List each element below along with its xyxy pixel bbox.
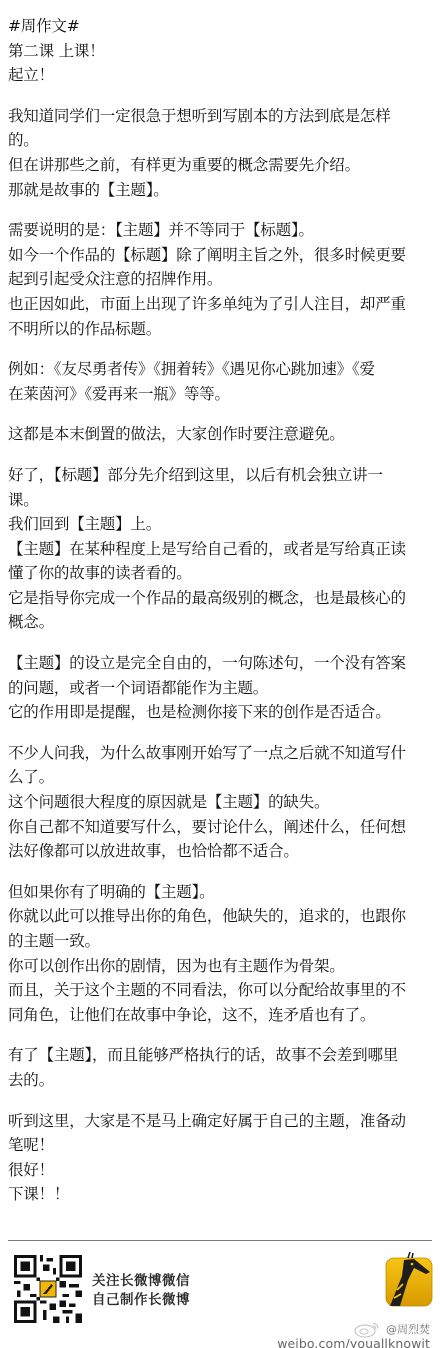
promo-line-1: 关注长微博微信 xyxy=(92,1272,190,1291)
text-line: 那就是故事的【主题】。 xyxy=(8,178,428,203)
text-line: 下课！！ xyxy=(8,1182,428,1207)
text-line: 么了。 xyxy=(8,765,428,790)
text-line: 但如果你有了明确的【主题】。 xyxy=(8,880,428,905)
paragraph: 需要说明的是：【主题】并不等同于【标题】。如今一个作品的【标题】除了阐明主旨之外… xyxy=(8,218,428,341)
text-line: 起立！ xyxy=(8,63,428,88)
text-line: 的问题，或者一个词语都能作为主题。 xyxy=(8,676,428,701)
handle-text: @周烈焚 xyxy=(386,1321,430,1337)
text-line: 第二课 上课！ xyxy=(8,39,428,64)
text-line: 的主题一致。 xyxy=(8,929,428,954)
text-line: 【主题】在某种程度上是写给自己看的，或者是写给真正读 xyxy=(8,537,428,562)
text-line: 而且，关于这个主题的不同看法，你可以分配给故事里的不 xyxy=(8,978,428,1003)
footer: 关注长微博微信 自己制作长微博 @周烈焚 weibo.com/youallkno… xyxy=(0,1236,440,1348)
qr-code-icon xyxy=(14,1255,82,1323)
text-line: 同角色，让他们在故事中争论，这不，连矛盾也有了。 xyxy=(8,1003,428,1028)
text-line: 这都是本末倒置的做法，大家创作时要注意避免。 xyxy=(8,422,428,447)
text-line: 课。 xyxy=(8,488,428,513)
text-line: 起到引起受众注意的招牌作用。 xyxy=(8,267,428,292)
text-line: 我们回到【主题】上。 xyxy=(8,512,428,537)
text-line: 听到这里，大家是不是马上确定好属于自己的主题，准备动 xyxy=(8,1109,428,1134)
paragraph: 例如：《友尽勇者传》《拥着转》《遇见你心跳加速》《爱在莱茵河》《爱再来一瓶》等等… xyxy=(8,357,428,406)
text-line: 你可以创作出你的剧情，因为也有主题作为骨架。 xyxy=(8,954,428,979)
text-line: 你就以此可以推导出你的角色，他缺失的，追求的，也跟你 xyxy=(8,904,428,929)
paragraph: 我知道同学们一定很急于想听到写剧本的方法到底是怎样的。但在讲那些之前，有样更为重… xyxy=(8,104,428,202)
paragraph: 好了，【标题】部分先介绍到这里，以后有机会独立讲一课。我们回到【主题】上。【主题… xyxy=(8,463,428,635)
text-line: 你自己都不知道要写什么，要讨论什么，阐述什么，任何想 xyxy=(8,815,428,840)
text-line: #周作文# xyxy=(8,14,428,39)
text-line: 在莱茵河》《爱再来一瓶》等等。 xyxy=(8,382,428,407)
text-line: 如今一个作品的【标题】除了阐明主旨之外，很多时候更要 xyxy=(8,243,428,268)
text-line: 好了，【标题】部分先介绍到这里，以后有机会独立讲一 xyxy=(8,463,428,488)
text-line: 不少人问我，为什么故事刚开始写了一点之后就不知道写什 xyxy=(8,741,428,766)
promo-text: 关注长微博微信 自己制作长微博 xyxy=(92,1272,190,1310)
text-line: 【主题】的设立是完全自由的，一句陈述句，一个没有答案 xyxy=(8,651,428,676)
text-line: 懂了你的故事的读者看的。 xyxy=(8,561,428,586)
text-line: 概念。 xyxy=(8,610,428,635)
text-line: 我知道同学们一定很急于想听到写剧本的方法到底是怎样 xyxy=(8,104,428,129)
text-line: 不明所以的作品标题。 xyxy=(8,317,428,342)
text-line: 的。 xyxy=(8,128,428,153)
giraffe-logo-icon xyxy=(384,1250,434,1308)
text-line: 去的。 xyxy=(8,1068,428,1093)
text-line: 它的作用即是提醒，也是检测你接下来的创作是否适合。 xyxy=(8,700,428,725)
paragraph: 听到这里，大家是不是马上确定好属于自己的主题，准备动笔呢！很好！下课！！ xyxy=(8,1109,428,1207)
divider xyxy=(8,1240,432,1241)
paragraph: #周作文#第二课 上课！起立！ xyxy=(8,14,428,88)
text-line: 它是指导你完成一个作品的最高级别的概念，也是最核心的 xyxy=(8,586,428,611)
weibo-url[interactable]: weibo.com/youallknowit xyxy=(277,1336,430,1348)
promo-line-2: 自己制作长微博 xyxy=(92,1291,190,1310)
text-line: 也正因如此，市面上出现了许多单纯为了引人注目，却严重 xyxy=(8,292,428,317)
text-line: 需要说明的是：【主题】并不等同于【标题】。 xyxy=(8,218,428,243)
text-line: 例如：《友尽勇者传》《拥着转》《遇见你心跳加速》《爱 xyxy=(8,357,428,382)
text-line: 法好像都可以放进故事，也恰恰都不适合。 xyxy=(8,839,428,864)
article-body: #周作文#第二课 上课！起立！我知道同学们一定很急于想听到写剧本的方法到底是怎样… xyxy=(8,14,428,1223)
text-line: 这个问题很大程度的原因就是【主题】的缺失。 xyxy=(8,790,428,815)
text-line: 有了【主题】，而且能够严格执行的话，故事不会差到哪里 xyxy=(8,1043,428,1068)
text-line: 但在讲那些之前，有样更为重要的概念需要先介绍。 xyxy=(8,153,428,178)
paragraph: 但如果你有了明确的【主题】。你就以此可以推导出你的角色，他缺失的，追求的，也跟你… xyxy=(8,880,428,1028)
text-line: 很好！ xyxy=(8,1158,428,1183)
paragraph: 【主题】的设立是完全自由的，一句陈述句，一个没有答案的问题，或者一个词语都能作为… xyxy=(8,651,428,725)
text-line: 笔呢！ xyxy=(8,1133,428,1158)
paragraph: 这都是本末倒置的做法，大家创作时要注意避免。 xyxy=(8,422,428,447)
paragraph: 有了【主题】，而且能够严格执行的话，故事不会差到哪里去的。 xyxy=(8,1043,428,1092)
paragraph: 不少人问我，为什么故事刚开始写了一点之后就不知道写什么了。这个问题很大程度的原因… xyxy=(8,741,428,864)
